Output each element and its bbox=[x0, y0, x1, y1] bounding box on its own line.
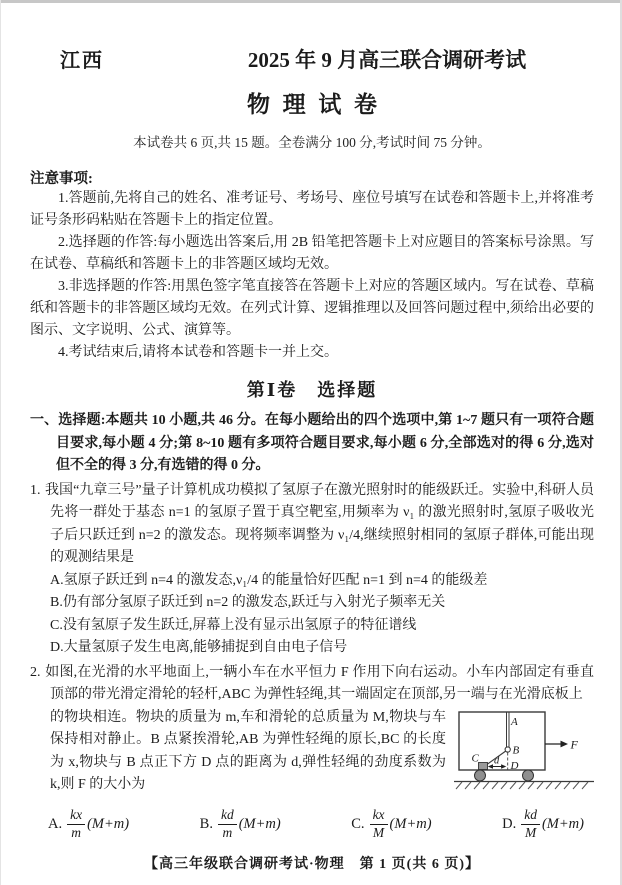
notice-item-4: 4.考试结束后,请将本试卷和答题卡一并上交。 bbox=[30, 342, 594, 364]
scan-edge-left bbox=[0, 0, 1, 885]
exam-header: 江西 2025 年 9 月高三联合调研考试 bbox=[30, 44, 594, 74]
question-2-option-c: C. kx M (M+m) bbox=[351, 808, 431, 840]
label-block-C: C bbox=[472, 752, 480, 764]
cart-figure-svg: A B C D d F bbox=[454, 709, 594, 795]
wheel-right bbox=[523, 770, 534, 781]
label-floor-D: D bbox=[510, 760, 519, 772]
option-suffix: (M+m) bbox=[542, 816, 584, 833]
fraction-numerator: kx bbox=[67, 808, 85, 825]
question-2-stem-part1: 2. 如图,在光滑的水平地面上,一辆小车在水平恒力 F 作用下向右运动。小车内部… bbox=[30, 662, 594, 707]
notice-heading: 注意事项: bbox=[30, 167, 594, 188]
fraction-denominator: M bbox=[373, 825, 384, 841]
label-pulley-B: B bbox=[513, 744, 520, 756]
notice-item-1: 1.答题前,先将自己的姓名、准考证号、考场号、座位号填写在试卷和答题卡上,并将准… bbox=[30, 188, 594, 232]
block bbox=[479, 762, 488, 769]
notice-item-2: 2.选择题的作答:每小题选出答案后,用 2B 铅笔把答题卡上对应题目的答案标号涂… bbox=[30, 232, 594, 276]
question-2-number: 2. bbox=[30, 665, 41, 680]
question-1-option-b: B.仍有部分氢原子跃迁到 n=2 的激发态,跃迁与入射光子频率无关 bbox=[50, 592, 594, 615]
distance-arrowhead-left bbox=[488, 764, 493, 768]
fraction-denominator: m bbox=[71, 825, 81, 841]
fraction-denominator: m bbox=[222, 825, 232, 841]
option-suffix: (M+m) bbox=[239, 816, 281, 833]
question-2-option-a: A. kx m (M+m) bbox=[48, 808, 129, 840]
fraction-numerator: kx bbox=[370, 808, 388, 825]
question-1: 1. 我国“九章三号”量子计算机成功模拟了氢原子在激光照射时的能级跃迁。实验中,… bbox=[30, 480, 594, 660]
subject-title: 物理试卷 bbox=[30, 86, 594, 119]
label-rod-top-A: A bbox=[510, 716, 518, 728]
label-force-F: F bbox=[570, 737, 579, 751]
scan-edge-top bbox=[0, 0, 622, 3]
ground-hatching bbox=[456, 782, 588, 789]
option-label: B. bbox=[200, 816, 213, 833]
exam-title: 2025 年 9 月高三联合调研考试 bbox=[30, 44, 594, 74]
question-2-option-d: D. kd M (M+m) bbox=[502, 808, 584, 840]
notice-item-3: 3.非选择题的作答:用黑色签字笔直接答在答题卡上对应的答题区域内。写在试卷、草稿… bbox=[30, 276, 594, 342]
question-2-text-part1: 如图,在光滑的水平地面上,一辆小车在水平恒力 F 作用下向右运动。小车内部固定有… bbox=[45, 665, 594, 703]
exam-info: 本试卷共 6 页,共 15 题。全卷满分 100 分,考试时间 75 分钟。 bbox=[30, 131, 594, 151]
fraction: kx m bbox=[67, 808, 85, 840]
page-footer: 【高三年级联合调研考试·物理 第 1 页(共 6 页)】 bbox=[30, 853, 594, 873]
option-label: C. bbox=[351, 816, 364, 833]
question-2-option-b: B. kd m (M+m) bbox=[200, 808, 281, 840]
question-1-text: 我国“九章三号”量子计算机成功模拟了氢原子在激光照射时的能级跃迁。实验中,科研人… bbox=[45, 483, 594, 566]
wheel-left bbox=[475, 770, 486, 781]
label-distance-d: d bbox=[494, 755, 500, 766]
option-suffix: (M+m) bbox=[87, 816, 129, 833]
question-1-number: 1. bbox=[30, 483, 41, 498]
section-title: 第Ⅰ卷 选择题 bbox=[30, 376, 594, 402]
option-suffix: (M+m) bbox=[390, 816, 432, 833]
option-label: A. bbox=[48, 816, 62, 833]
fraction: kd M bbox=[521, 808, 540, 840]
question-1-stem: 1. 我国“九章三号”量子计算机成功模拟了氢原子在激光照射时的能级跃迁。实验中,… bbox=[30, 480, 594, 570]
region-label: 江西 bbox=[60, 44, 104, 73]
fraction: kd m bbox=[218, 808, 237, 840]
question-2-options-row: A. kx m (M+m) B. kd m (M+m) C. kx M bbox=[48, 807, 584, 843]
question-1-option-a: A.氢原子跃迁到 n=4 的激发态,ν₁/4 的能量恰好匹配 n=1 到 n=4… bbox=[50, 570, 594, 593]
cart-pulley-figure: A B C D d F bbox=[454, 709, 594, 795]
fraction: kx M bbox=[370, 808, 388, 840]
fraction-numerator: kd bbox=[521, 808, 540, 825]
option-label: D. bbox=[502, 816, 516, 833]
question-1-option-c: C.没有氢原子发生跃迁,屏幕上没有显示出氢原子的特征谱线 bbox=[50, 615, 594, 638]
fraction-denominator: M bbox=[525, 825, 536, 841]
fraction-numerator: kd bbox=[218, 808, 237, 825]
force-arrowhead bbox=[561, 740, 569, 747]
question-2: 2. 如图,在光滑的水平地面上,一辆小车在水平恒力 F 作用下向右运动。小车内部… bbox=[30, 662, 594, 843]
section-intro: 一、选择题:本题共 10 小题,共 46 分。在每小题给出的四个选项中,第 1~… bbox=[30, 410, 594, 478]
question-1-option-d: D.大量氢原子发生电离,能够捕捉到自由电子信号 bbox=[50, 637, 594, 660]
exam-page: 江西 2025 年 9 月高三联合调研考试 物理试卷 本试卷共 6 页,共 15… bbox=[0, 0, 622, 873]
distance-arrowhead-right bbox=[501, 764, 506, 768]
